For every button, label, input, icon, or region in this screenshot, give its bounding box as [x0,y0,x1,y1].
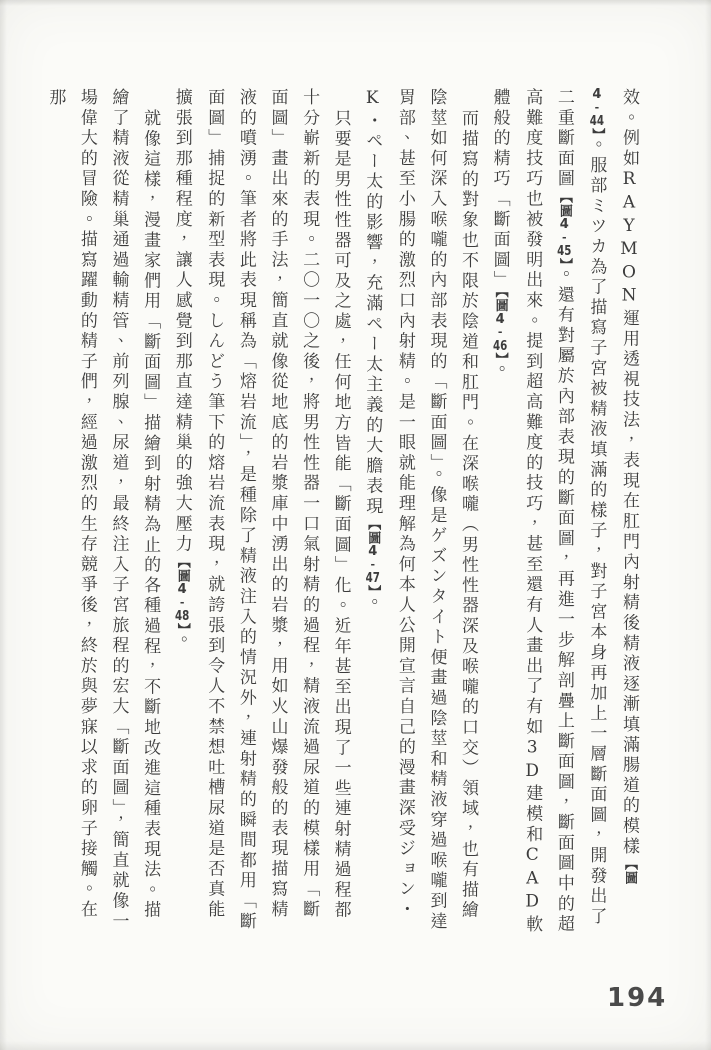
paragraph-3: 只要是男性性器可及之處，任何地方皆能「斷面圖」化。近年甚至出現了一些連射精過程都… [165,88,356,936]
latin-upright-run: CAD [522,845,542,915]
paragraph-4: 就像這樣，漫畫家們用「斷面圖」描繪到射精為止的各種過程，不斷地改進這種表現法。描… [39,88,165,936]
paragraph-2: 而描寫的對象也不限於陰道和肛門。在深喉嚨（男性性器深及喉嚨的口交）領域，也有描繪… [356,88,483,936]
paragraph-1: 效。例如RAYMON運用透視技法，表現在肛門內射精後精液逐漸填滿腸道的模樣【圖4… [483,88,645,936]
figure-reference-4-48: 【圖4-48】 [175,555,190,631]
figure-reference-4-47: 【圖4-47】 [365,517,380,593]
book-page: { "colors":{ "paper":"#fbfbf8", "ink":"#… [0,0,711,1050]
figure-reference-4-46: 【圖4-46】 [493,291,508,360]
latin-upright-run: RAYMON [619,169,639,309]
vertical-text-block: 效。例如RAYMON運用透視技法，表現在肛門內射精後精液逐漸填滿腸道的模樣【圖4… [67,88,645,936]
figure-reference-4-45: 【圖4-45】 [557,190,572,266]
latin-upright-run: 3D [522,738,542,785]
page-number: 194 [607,983,667,1013]
latin-upright-run: K [362,88,382,111]
